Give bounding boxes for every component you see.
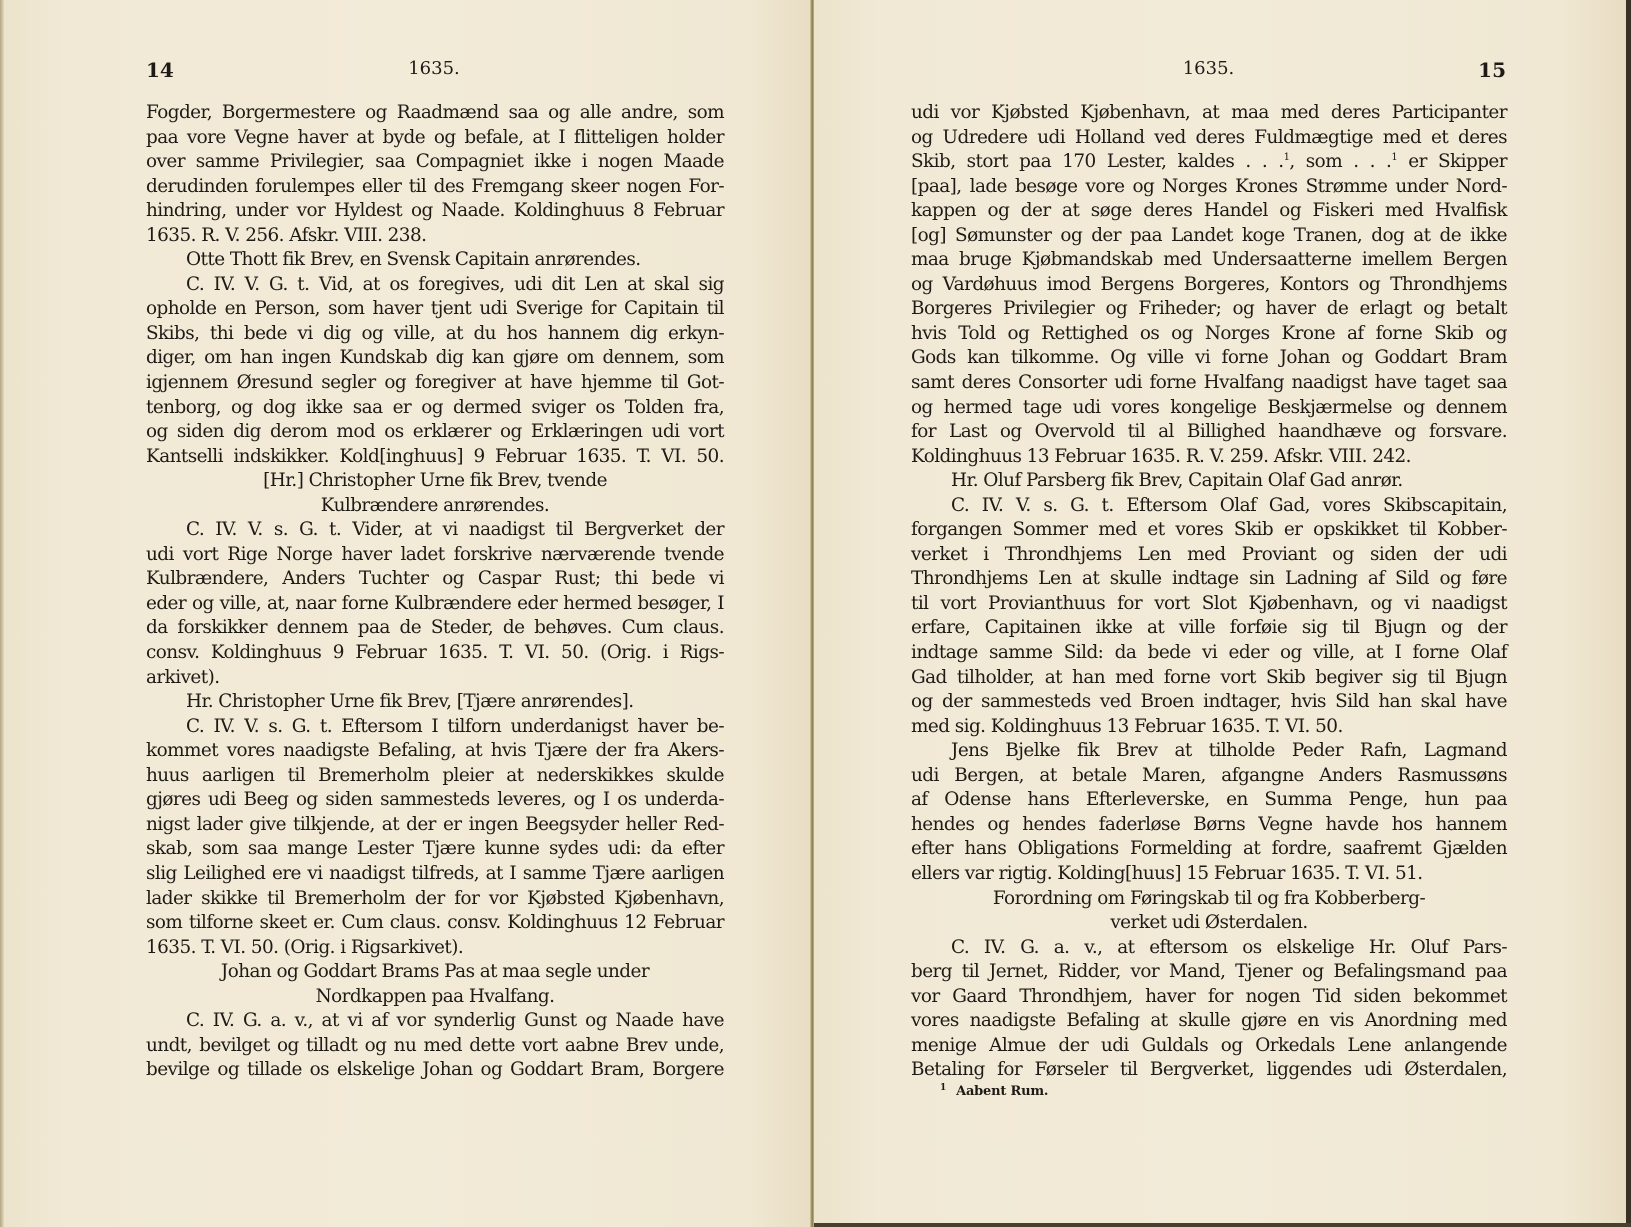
page-edge-left xyxy=(0,0,4,1227)
text-line: tenborg, og dog ikke saa er og dermed sv… xyxy=(146,396,724,421)
text-line: lader skikke til Bremerholm der for vor … xyxy=(146,887,724,912)
text-line: berg til Jernet, Ridder, vor Mand, Tjene… xyxy=(911,960,1507,985)
text-line: Skib, stort paa 170 Lester, kaldes . . .… xyxy=(911,150,1507,175)
text-line: diger, om han ingen Kundskab dig kan gjø… xyxy=(146,346,724,371)
footnote-text: Aabent Rum. xyxy=(956,1084,1048,1099)
entry-heading-line: Kulbrændere anrørendes. xyxy=(146,494,724,519)
text-line: undt, bevilget og tilladt og nu med dett… xyxy=(146,1034,724,1059)
text-line: efter hans Obligations Formelding at for… xyxy=(911,837,1507,862)
text-line: slig Leilighed ere vi naadigst tilfreds,… xyxy=(146,862,724,887)
text-line: vores naadigste Befaling at skulle gjøre… xyxy=(911,1009,1507,1034)
entry-heading-line: Otte Thott fik Brev, en Svensk Capitain … xyxy=(146,248,724,273)
entry-heading-line: Hr. Christopher Urne fik Brev, [Tjære an… xyxy=(146,690,724,715)
text-line: Gad tilholder, at han med forne vort Ski… xyxy=(911,666,1507,691)
running-header-year: 1635. xyxy=(911,58,1506,79)
text-line: verket i Throndhjems Len med Proviant og… xyxy=(911,543,1507,568)
text-line: C. IV. V. s. G. t. Eftersom I tilforn un… xyxy=(146,715,724,740)
footnote-ref: 1 xyxy=(1284,152,1290,163)
text-line: arkivet). xyxy=(146,666,724,691)
text-line: og der sammesteds ved Broen indtager, hv… xyxy=(911,690,1507,715)
text-line: huus aarligen til Bremerholm pleier at n… xyxy=(146,764,724,789)
text-line: udi vort Rige Norge haver ladet forskriv… xyxy=(146,543,724,568)
text-line: ellers var rigtig. Kolding[huus] 15 Febr… xyxy=(911,862,1507,887)
entry-heading-line: Nordkappen paa Hvalfang. xyxy=(146,985,724,1010)
left-page-body: Fogder, Borgermestere og Raadmænd saa og… xyxy=(146,101,724,1083)
text-line: gjøres udi Beeg og siden sammesteds leve… xyxy=(146,788,724,813)
page-edge-bottom xyxy=(814,1223,1631,1227)
page-edge-right xyxy=(1626,0,1631,1227)
text-line: hendes og hendes faderløse Børns Vegne h… xyxy=(911,813,1507,838)
text-line: Fogder, Borgermestere og Raadmænd saa og… xyxy=(146,101,724,126)
text-line: vor Gaard Throndhjem, haver for nogen Ti… xyxy=(911,985,1507,1010)
text-line: Borgeres Privilegier og Friheder; og hav… xyxy=(911,297,1507,322)
text-line: udi Bergen, at betale Maren, afgangne An… xyxy=(911,764,1507,789)
text-line: kommet vores naadigste Befaling, at hvis… xyxy=(146,739,724,764)
text-line: Kantselli indskikker. Kold[inghuus] 9 Fe… xyxy=(146,445,724,470)
text-line: da forskikker dennem paa de Steder, de b… xyxy=(146,616,724,641)
right-page-header: 1635. 15 xyxy=(911,58,1506,88)
text-line: Gods kan tilkomme. Og ville vi forne Joh… xyxy=(911,346,1507,371)
text-line: indtage samme Sild: da bede vi eder og v… xyxy=(911,641,1507,666)
footnote-marker: 1 xyxy=(940,1083,946,1093)
text-line: skab, som saa mange Lester Tjære kunne s… xyxy=(146,837,724,862)
text-line: 1635. T. VI. 50. (Orig. i Rigsarkivet). xyxy=(146,936,724,961)
entry-heading-line: Hr. Oluf Parsberg fik Brev, Capitain Ola… xyxy=(911,469,1507,494)
text-line: C. IV. G. a. v., at eftersom os elskelig… xyxy=(911,936,1507,961)
text-line: og hermed tage udi vores kongelige Beskj… xyxy=(911,396,1507,421)
text-line: kappen og der at søge deres Handel og Fi… xyxy=(911,199,1507,224)
footnote-ref: 1 xyxy=(1391,152,1397,163)
text-line: derudinden forulempes eller til des Frem… xyxy=(146,175,724,200)
text-line: [paa], lade besøge vore og Norges Krones… xyxy=(911,175,1507,200)
text-line: [og] Sømunster og der paa Landet koge Tr… xyxy=(911,224,1507,249)
entry-heading-line: Johan og Goddart Brams Pas at maa segle … xyxy=(146,960,724,985)
book-spread: 14 1635. Fogder, Borgermestere og Raadmæ… xyxy=(0,0,1631,1227)
text-line: og Udredere udi Holland ved deres Fuldmæ… xyxy=(911,126,1507,151)
text-line: C. IV. V. s. G. t. Eftersom Olaf Gad, vo… xyxy=(911,494,1507,519)
text-line: til vort Provianthuus for vort Slot Kjøb… xyxy=(911,592,1507,617)
left-page: 14 1635. Fogder, Borgermestere og Raadmæ… xyxy=(0,0,812,1227)
text-line: opholde en Person, som haver tjent udi S… xyxy=(146,297,724,322)
text-line: bevilge og tillade os elskelige Johan og… xyxy=(146,1058,724,1083)
text-line: maa bruge Kjøbmandskab med Undersaattern… xyxy=(911,248,1507,273)
text-line: menige Almue der udi Guldals og Orkedals… xyxy=(911,1034,1507,1059)
text-line: for Last og Overvold til al Billighed ha… xyxy=(911,420,1507,445)
text-line: eder og ville, at, naar forne Kulbrænder… xyxy=(146,592,724,617)
footnote: 1Aabent Rum. xyxy=(940,1084,1048,1099)
text-line: over samme Privilegier, saa Compagniet i… xyxy=(146,150,724,175)
text-line: hvis Told og Rettighed os og Norges Kron… xyxy=(911,322,1507,347)
entry-heading-line: verket udi Østerdalen. xyxy=(911,911,1507,936)
text-line: med sig. Koldinghuus 13 Februar 1635. T.… xyxy=(911,715,1507,740)
text-line: Koldinghuus 13 Februar 1635. R. V. 259. … xyxy=(911,445,1507,470)
text-line: C. IV. G. a. v., at vi af vor synderlig … xyxy=(146,1009,724,1034)
text-line: paa vore Vegne haver at byde og befale, … xyxy=(146,126,724,151)
text-line: hindring, under vor Hyldest og Naade. Ko… xyxy=(146,199,724,224)
entry-heading-line: [Hr.] Christopher Urne fik Brev, tvende xyxy=(146,469,724,494)
text-line: Throndhjems Len at skulle indtage sin La… xyxy=(911,567,1507,592)
text-line: samt deres Consorter udi forne Hvalfang … xyxy=(911,371,1507,396)
text-line: 1635. R. V. 256. Afskr. VIII. 238. xyxy=(146,224,724,249)
text-line: Kulbrændere, Anders Tuchter og Caspar Ru… xyxy=(146,567,724,592)
text-line: og Vardøhuus imod Bergens Borgeres, Kont… xyxy=(911,273,1507,298)
text-line: Jens Bjelke fik Brev at tilholde Peder R… xyxy=(911,739,1507,764)
text-line: C. IV. V. G. t. Vid, at os foregives, ud… xyxy=(146,273,724,298)
text-line: af Odense hans Efterleverske, en Summa P… xyxy=(911,788,1507,813)
page-number: 15 xyxy=(1478,58,1506,82)
text-line: erfare, Capitainen ikke at ville forføie… xyxy=(911,616,1507,641)
text-line: og siden dig derom mod os erklærer og Er… xyxy=(146,420,724,445)
text-line: C. IV. V. s. G. t. Vider, at vi naadigst… xyxy=(146,518,724,543)
text-line: Betaling for Førseler til Bergverket, li… xyxy=(911,1058,1507,1083)
right-page-body: udi vor Kjøbsted Kjøbenhavn, at maa med … xyxy=(911,101,1507,1083)
text-line: som tilforne skeet er. Cum claus. consv.… xyxy=(146,911,724,936)
text-line: Skibs, thi bede vi dig og ville, at du h… xyxy=(146,322,724,347)
text-line: consv. Koldinghuus 9 Februar 1635. T. VI… xyxy=(146,641,724,666)
text-line: udi vor Kjøbsted Kjøbenhavn, at maa med … xyxy=(911,101,1507,126)
text-line: forgangen Sommer med et vores Skib er op… xyxy=(911,518,1507,543)
running-header-year: 1635. xyxy=(146,58,722,79)
text-line: igjennem Øresund segler og foregiver at … xyxy=(146,371,724,396)
entry-heading-line: Forordning om Føringskab til og fra Kobb… xyxy=(911,887,1507,912)
text-line: nigst lader give tilkjende, at der er in… xyxy=(146,813,724,838)
right-page: 1635. 15 udi vor Kjøbsted Kjøbenhavn, at… xyxy=(814,0,1626,1227)
left-page-header: 14 1635. xyxy=(146,58,722,88)
